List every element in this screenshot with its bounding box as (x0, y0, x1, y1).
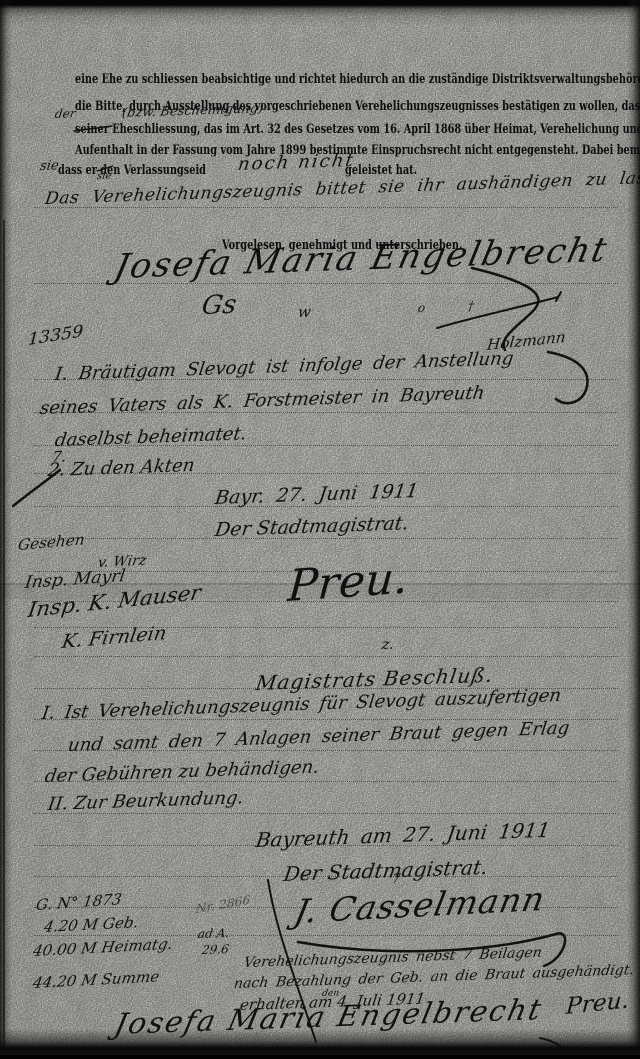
mark-cross: † (467, 300, 475, 312)
scan-edge-right (627, 0, 640, 1059)
scan-edge-left-line (3, 220, 5, 1059)
hw-correction-sie: sie (96, 172, 112, 182)
official-signature-1a: Gesehen (17, 532, 85, 553)
beschluss-line4: II. Zur Beurkundung. (47, 789, 245, 814)
hw-correction-sie-margin: sie (39, 159, 59, 173)
mark-o: o (417, 302, 426, 314)
official-signature-4: K. Firnlein (60, 624, 167, 652)
decision1-line4: 2. Zu den Akten (47, 457, 196, 480)
scan-edge-left (0, 0, 12, 1059)
printed-line-4: Aufenthalt in der Fassung vom Jahre 1899… (75, 143, 640, 158)
printed-line-5-pre: dass er den Verlassungseid (58, 163, 206, 178)
dotted-rule (34, 207, 618, 208)
preu-paraph: Preu. (286, 557, 409, 609)
clerk-name: Holzmann (486, 330, 566, 353)
paraph-gs: Gs (200, 292, 238, 319)
casselmann-seven-mark: 7 (391, 873, 401, 886)
dotted-rule (34, 656, 618, 657)
preu-paraph-bottom: Preu. (565, 990, 630, 1019)
dotted-rule (34, 813, 618, 814)
small-mark: z. (381, 638, 395, 652)
document-page: eine Ehe zu schliessen beabsichtige und … (0, 0, 640, 1059)
decision1-authority: Der Stadtmagistrat. (214, 514, 410, 540)
hw-oath-status: noch nicht (237, 152, 356, 174)
fee-line-1: 4.20 M Geb. (43, 915, 140, 935)
registry-number: Nr. 2866 (196, 894, 251, 915)
casselmann-signature: J. Casselmann (292, 882, 548, 928)
hw-interline-der: der (54, 107, 76, 120)
hw-interline-note: (bzw. Bescheinigung) (121, 102, 264, 120)
dotted-rule (34, 935, 618, 936)
dotted-rule (34, 506, 618, 507)
decision1-date: Bayr. 27. Juni 1911 (214, 482, 420, 508)
fee-total: 44.20 M Summe (32, 969, 161, 991)
bride-signature-bottom: Josefa Maria Engelbrecht (112, 995, 546, 1039)
decision1-line3: daselbst beheimatet. (54, 425, 248, 450)
docket-number: 13359 (28, 324, 84, 349)
bride-signature: Josefa Maria Engelbrecht (111, 233, 611, 284)
dotted-rule (34, 538, 618, 539)
printed-line-1: eine Ehe zu schliessen beabsichtige und … (75, 72, 640, 87)
fee-line-2: 40.00 M Heimatg. (32, 937, 174, 959)
margin-seven-mark: 7. (51, 450, 68, 465)
scan-edge-top (0, 0, 640, 26)
registry-date: 29.6 (201, 943, 230, 956)
fee-ref: G. N° 1873 (35, 892, 123, 913)
beschluss-authority: Der Stadtmagistrat. (283, 857, 490, 884)
mark-w: w (297, 305, 312, 320)
registry-ad: ad A. (197, 927, 230, 940)
printed-line-3: seiner Eheschliessung, das im Art. 32 de… (75, 122, 640, 137)
